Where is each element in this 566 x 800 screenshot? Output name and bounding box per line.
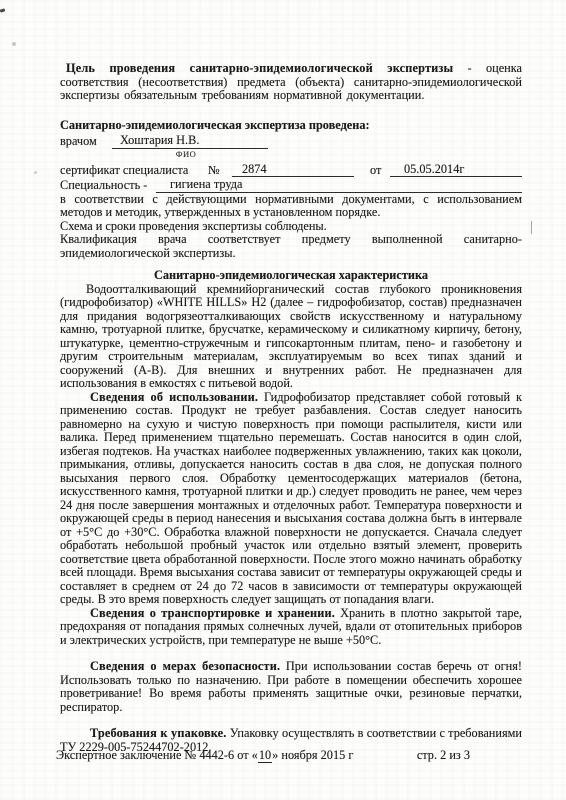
document-body: Цель проведения санитарно-эпидемиологиче…: [60, 62, 522, 754]
doctor-label: врачом: [60, 135, 104, 149]
scan-artifact-speck: [34, 171, 37, 174]
certificate-date-field: 05.05.2014г: [390, 163, 522, 178]
conclusion-number: 10: [258, 748, 272, 763]
scan-artifact-smudge: [12, 42, 16, 46]
scan-artifact-edge-tick: [531, 221, 532, 234]
expertise-heading: Санитарно-эпидемиологическая экспертиза …: [60, 119, 522, 133]
fio-caption: ФИО: [112, 149, 260, 159]
certificate-label: сертификат специалиста: [60, 164, 198, 178]
conclusion-prefix: Экспертное заключение № 4442-6 от «: [56, 748, 258, 762]
compliance-text: в соответствии с действующими нормативны…: [60, 193, 522, 220]
packaging-heading: Требования к упаковке.: [90, 726, 227, 740]
specialty-field: гигиена труда: [156, 178, 522, 193]
usage-heading: Сведения об использовании.: [90, 390, 258, 404]
page-footer: Экспертное заключение № 4442-6 от «10» н…: [56, 748, 566, 763]
number-sign: №: [208, 164, 232, 178]
characteristic-description: Водоотталкивающий кремнийорганический со…: [60, 283, 522, 391]
specialty-row: Специальность - гигиена труда: [60, 178, 522, 193]
schedule-text: Схема и сроки проведения экспертизы собл…: [60, 220, 522, 234]
conclusion-suffix: » ноября 2015 г: [272, 748, 353, 762]
safety-paragraph: Сведения о мерах безопасности. При испол…: [60, 660, 522, 714]
purpose-paragraph: Цель проведения санитарно-эпидемиологиче…: [60, 62, 522, 103]
specialty-label: Специальность -: [60, 179, 156, 193]
usage-paragraph: Сведения об использовании. Гидрофобизато…: [60, 391, 522, 607]
scan-artifact-corner: [0, 8, 5, 12]
purpose-heading: Цель проведения санитарно-эпидемиологиче…: [66, 61, 453, 75]
certificate-number-field: 2874: [232, 163, 354, 178]
doctor-row: врачом Хоштария Н.В.: [60, 134, 522, 149]
conclusion-reference: Экспертное заключение № 4442-6 от «10» н…: [56, 748, 353, 763]
transport-paragraph: Сведения о транспортировке и хранении. Х…: [60, 607, 522, 648]
doctor-name-field: Хоштария Н.В.: [112, 134, 268, 149]
certificate-row: сертификат специалиста № 2874 от 05.05.2…: [60, 163, 522, 178]
scanned-document-page: Цель проведения санитарно-эпидемиологиче…: [0, 0, 566, 800]
characteristic-heading: Санитарно-эпидемиологическая характерист…: [60, 269, 522, 283]
qualification-text: Квалификация врача соответствует предмет…: [60, 233, 522, 260]
usage-text: Гидрофобизатор представляет собой готовы…: [60, 390, 522, 607]
transport-heading: Сведения о транспортировке и хранении.: [90, 606, 335, 620]
page-number: стр. 2 из 3: [417, 748, 470, 763]
safety-heading: Сведения о мерах безопасности.: [90, 659, 280, 673]
from-label: от: [370, 164, 390, 178]
